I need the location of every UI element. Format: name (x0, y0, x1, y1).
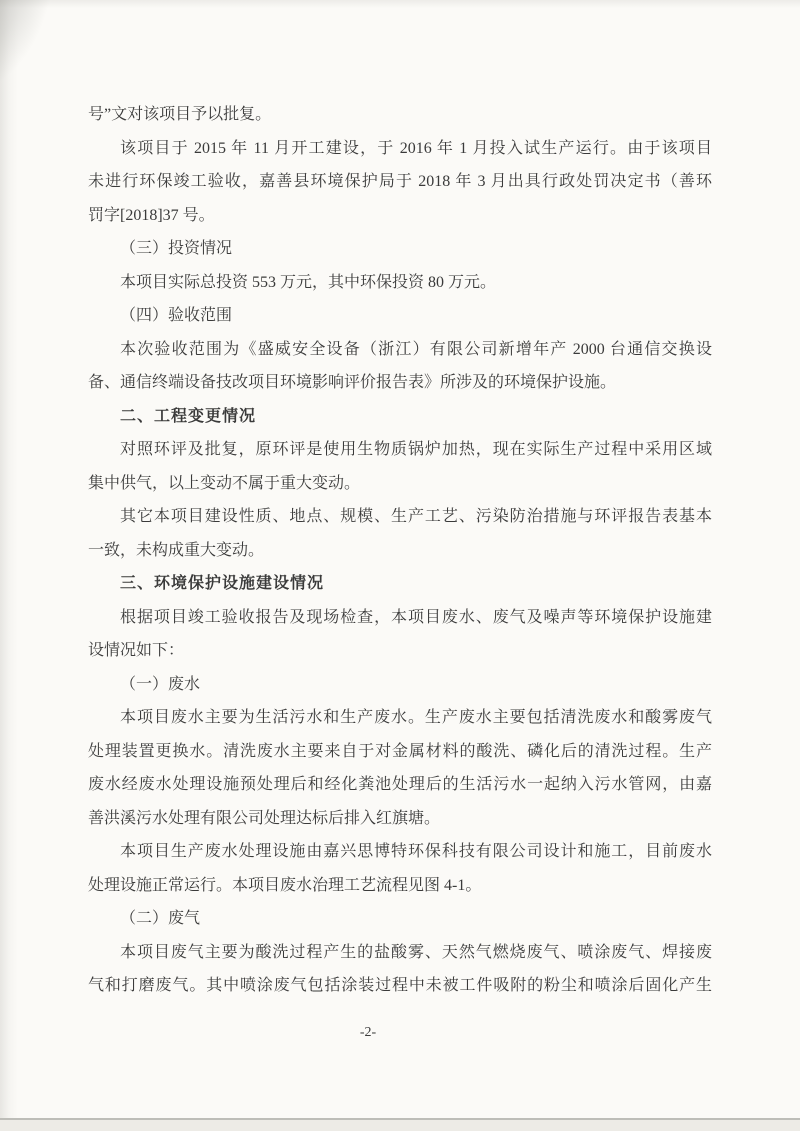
text-line: 集中供气，以上变动不属于重大变动。 (88, 467, 712, 501)
text-line: 对照环评及批复，原环评是使用生物质锅炉加热，现在实际生产过程中采用区域 (88, 433, 712, 467)
text-line: 根据项目竣工验收报告及现场检查，本项目废水、废气及噪声等环境保护设施建 (88, 601, 712, 635)
text-line: 气和打磨废气。其中喷涂废气包括涂装过程中未被工件吸附的粉尘和喷涂后固化产生 (88, 969, 712, 1003)
scan-edge-left (0, 0, 18, 1131)
text-line: 本项目废水主要为生活污水和生产废水。生产废水主要包括清洗废水和酸雾废气 (88, 701, 712, 735)
text-line: （二）废气 (88, 902, 712, 936)
text-line: 本项目生产废水处理设施由嘉兴思博特环保科技有限公司设计和施工，目前废水 (88, 835, 712, 869)
text-line: 设情况如下： (88, 634, 712, 668)
text-line: 处理装置更换水。清洗废水主要来自于对金属材料的酸洗、磷化后的清洗过程。生产 (88, 735, 712, 769)
text-line: 一致，未构成重大变动。 (88, 534, 712, 568)
page-number: -2- (0, 1025, 736, 1041)
text-line: 本次验收范围为《盛威安全设备（浙江）有限公司新增年产 2000 台通信交换设 (88, 333, 712, 367)
text-line: （四）验收范围 (88, 299, 712, 333)
text-line: 罚字[2018]37 号。 (88, 199, 712, 233)
text-line: 本项目废气主要为酸洗过程产生的盐酸雾、天然气燃烧废气、喷涂废气、焊接废 (88, 936, 712, 970)
text-line: 本项目实际总投资 553 万元，其中环保投资 80 万元。 (88, 266, 712, 300)
text-line: 善洪溪污水处理有限公司处理达标后排入红旗塘。 (88, 802, 712, 836)
document-page: 号”文对该项目予以批复。该项目于 2015 年 11 月开工建设，于 2016 … (0, 0, 800, 1131)
text-line: 处理设施正常运行。本项目废水治理工艺流程见图 4-1。 (88, 869, 712, 903)
text-line: 其它本项目建设性质、地点、规模、生产工艺、污染防治措施与环评报告表基本 (88, 500, 712, 534)
section-heading: 二、工程变更情况 (88, 400, 712, 434)
text-line: 备、通信终端设备技改项目环境影响评价报告表》所涉及的环境保护设施。 (88, 366, 712, 400)
scan-bottom-margin (0, 1120, 800, 1131)
scan-edge-top (0, 0, 800, 8)
text-line: 未进行环保竣工验收，嘉善县环境保护局于 2018 年 3 月出具行政处罚决定书（… (88, 165, 712, 199)
page-body: 号”文对该项目予以批复。该项目于 2015 年 11 月开工建设，于 2016 … (88, 98, 712, 1003)
section-heading: 三、环境保护设施建设情况 (88, 567, 712, 601)
text-line: （三）投资情况 (88, 232, 712, 266)
text-line: 号”文对该项目予以批复。 (88, 98, 712, 132)
text-line: （一）废水 (88, 668, 712, 702)
text-line: 废水经废水处理设施预处理后和经化粪池处理后的生活污水一起纳入污水管网，由嘉 (88, 768, 712, 802)
text-line: 该项目于 2015 年 11 月开工建设，于 2016 年 1 月投入试生产运行… (88, 132, 712, 166)
